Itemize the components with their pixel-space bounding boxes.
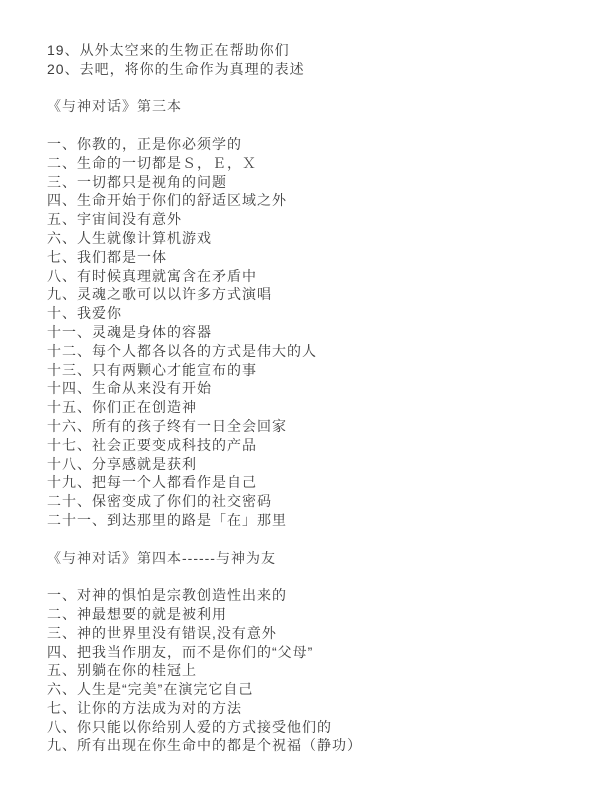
list-item: 六、人生是“完美”在演完它自己 <box>47 680 581 699</box>
list-item: 八、你只能以你给别人爱的方式接受他们的 <box>47 718 581 737</box>
list-item: 八、有时候真理就寓含在矛盾中 <box>47 267 581 286</box>
list-item: 六、人生就像计算机游戏 <box>47 229 581 248</box>
list-item: 二十、保密变成了你们的社交密码 <box>47 492 581 511</box>
blank-line <box>47 79 581 98</box>
list-item: 十、我爱你 <box>47 304 581 323</box>
list-item: 十五、你们正在创造神 <box>47 398 581 417</box>
list-item: 五、宇宙间没有意外 <box>47 210 581 229</box>
list-item: 20、去吧，将你的生命作为真理的表述 <box>47 60 581 79</box>
list-item: 一、对神的惧怕是宗教创造性出来的 <box>47 586 581 605</box>
list-item: 九、灵魂之歌可以以许多方式演唱 <box>47 285 581 304</box>
list-item: 三、神的世界里没有错误,没有意外 <box>47 624 581 643</box>
list-item: 十八、分享感就是获利 <box>47 455 581 474</box>
list-item: 十三、只有两颗心才能宣布的事 <box>47 361 581 380</box>
list-item: 九、所有出现在你生命中的都是个祝福（静功） <box>47 736 581 755</box>
list-item: 一、你教的，正是你必须学的 <box>47 135 581 154</box>
list-item: 五、别躺在你的桂冠上 <box>47 661 581 680</box>
book4-heading: 《与神对话》第四本------与神为友 <box>47 549 581 568</box>
list-item: 十七、社会正要变成科技的产品 <box>47 436 581 455</box>
list-item: 十二、每个人都各以各的方式是伟大的人 <box>47 342 581 361</box>
document-page: 19、从外太空来的生物正在帮助你们 20、去吧，将你的生命作为真理的表述 《与神… <box>0 0 601 790</box>
list-item: 七、让你的方法成为对的方法 <box>47 699 581 718</box>
text-content: 19、从外太空来的生物正在帮助你们 20、去吧，将你的生命作为真理的表述 《与神… <box>47 41 581 755</box>
list-item: 19、从外太空来的生物正在帮助你们 <box>47 41 581 60</box>
list-item: 二十一、到达那里的路是「在」那里 <box>47 511 581 530</box>
list-item: 十一、灵魂是身体的容器 <box>47 323 581 342</box>
list-item: 十九、把每一个人都看作是自己 <box>47 473 581 492</box>
blank-line <box>47 116 581 135</box>
book3-heading: 《与神对话》第三本 <box>47 97 581 116</box>
list-item: 十四、生命从来没有开始 <box>47 379 581 398</box>
list-item: 四、生命开始于你们的舒适区域之外 <box>47 191 581 210</box>
list-item: 四、把我当作朋友，而不是你们的“父母” <box>47 643 581 662</box>
blank-line <box>47 530 581 549</box>
list-item: 七、我们都是一体 <box>47 248 581 267</box>
list-item: 二、生命的一切都是Ｓ，Ｅ，Ｘ <box>47 154 581 173</box>
list-item: 十六、所有的孩子终有一日全会回家 <box>47 417 581 436</box>
list-item: 三、一切都只是视角的问题 <box>47 173 581 192</box>
blank-line <box>47 567 581 586</box>
list-item: 二、神最想要的就是被利用 <box>47 605 581 624</box>
